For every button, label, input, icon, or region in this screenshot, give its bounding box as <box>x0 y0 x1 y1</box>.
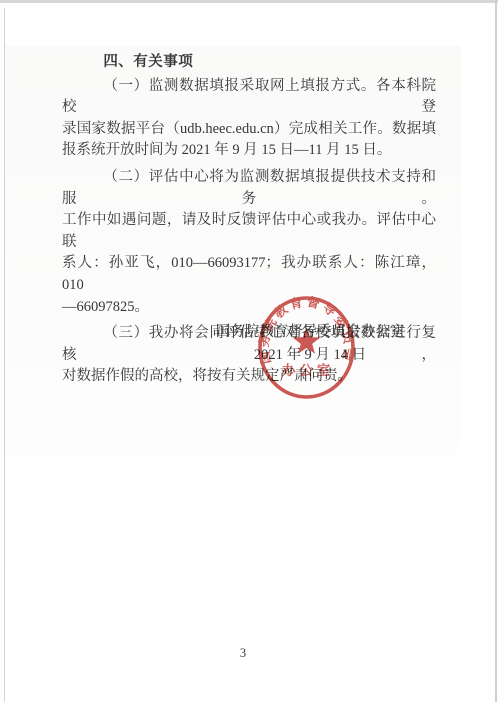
scanned-document-page: 四、有关事项 （一）监测数据填报采取网上填报方式。各本科院校登 录国家数据平台（… <box>0 0 498 702</box>
text-line: （二）评估中心将为监测数据填报提供技术支持和服务。 <box>62 167 436 210</box>
signature-org: 国务院教育督导委员会办公室 <box>160 321 460 344</box>
text-line: —66097825。 <box>62 297 436 319</box>
paragraph-1: （一）监测数据填报采取网上填报方式。各本科院校登 录国家数据平台（udb.hee… <box>62 76 436 162</box>
text-line: 报系统开放时间为 2021 年 9 月 15 日—11 月 15 日。 <box>62 140 436 162</box>
scan-edge-top <box>0 0 498 3</box>
text-line: 对数据作假的高校，将按有关规定严肃问责。 <box>62 366 436 388</box>
paragraph-2: （二）评估中心将为监测数据填报提供技术支持和服务。 工作中如遇问题，请及时反馈评… <box>62 167 436 318</box>
signature-block: 国务院教育督导委员会办公室 2021 年 9 月 14 日 <box>160 321 460 366</box>
page-number: 3 <box>0 646 486 661</box>
signature-date: 2021 年 9 月 14 日 <box>160 344 460 367</box>
scan-edge-left <box>4 8 5 702</box>
text-line: 工作中如遇问题，请及时反馈评估中心或我办。评估中心联 <box>62 210 436 253</box>
text-line: 录国家数据平台（udb.heec.edu.cn）完成相关工作。数据填 <box>62 119 436 141</box>
section-heading: 四、有关事项 <box>62 52 436 74</box>
text-line: 系人：孙亚飞，010—66093177；我办联系人：陈江璋，010 <box>62 253 436 296</box>
text-line: （一）监测数据填报采取网上填报方式。各本科院校登 <box>62 76 436 119</box>
scan-edge-right <box>495 0 497 702</box>
